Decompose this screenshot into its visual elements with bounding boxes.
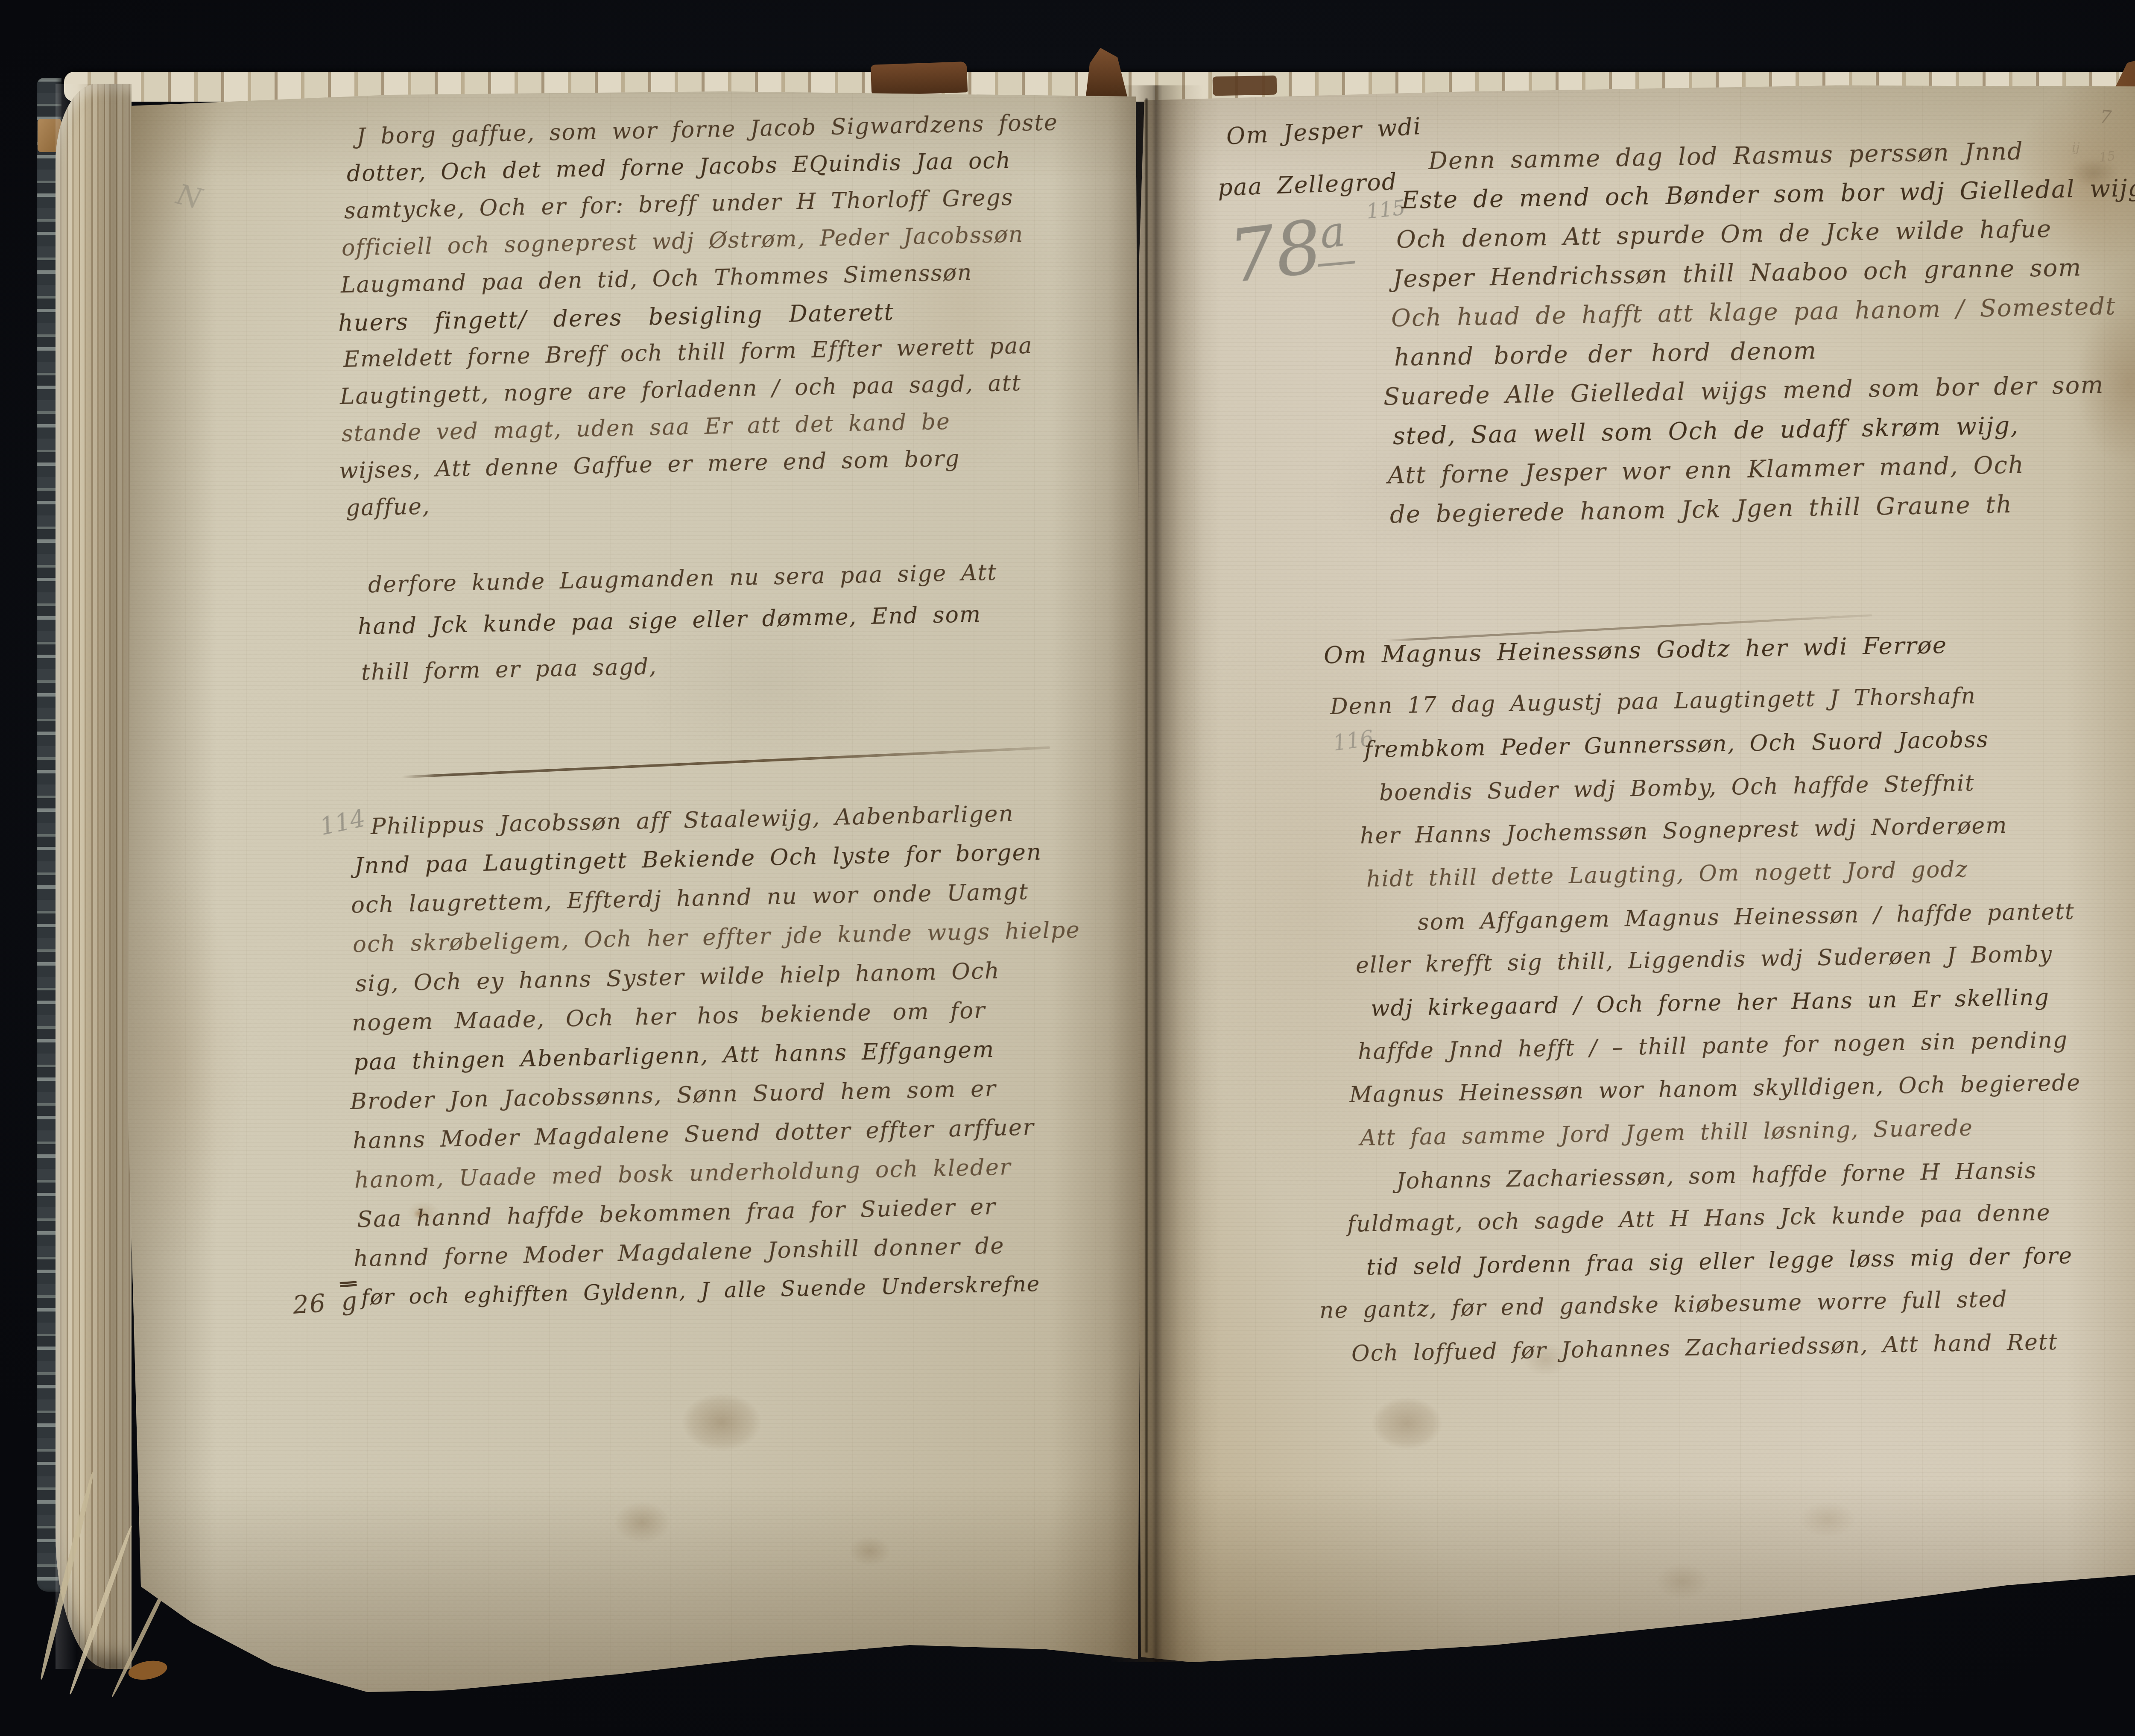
pencil-dash: — xyxy=(1314,236,1358,286)
margin-amount-note: 26 g xyxy=(292,1286,359,1319)
manuscript-line: gaffue, xyxy=(345,494,430,521)
bleedthrough-mark: 15 xyxy=(2098,149,2116,165)
pencil-number: 115 xyxy=(1365,196,1407,224)
leather-scrap xyxy=(127,1658,169,1682)
leather-fragment xyxy=(871,61,968,96)
folio-main: 78 xyxy=(1225,205,1327,300)
manuscript-photo: J borg gaffue, som wor forne Jacob Sigwa… xyxy=(0,0,2135,1736)
gutter-crease xyxy=(1145,98,1148,1653)
corner-folio-number: 7 xyxy=(2099,106,2112,128)
bleedthrough-mark: ij xyxy=(2072,140,2080,155)
left-stack-shading xyxy=(56,84,132,1669)
amount-unit: g xyxy=(340,1286,359,1316)
leather-fragment xyxy=(1213,76,1277,96)
amount-value: 26 xyxy=(292,1288,327,1320)
gutter-shadow xyxy=(1108,85,1203,1662)
